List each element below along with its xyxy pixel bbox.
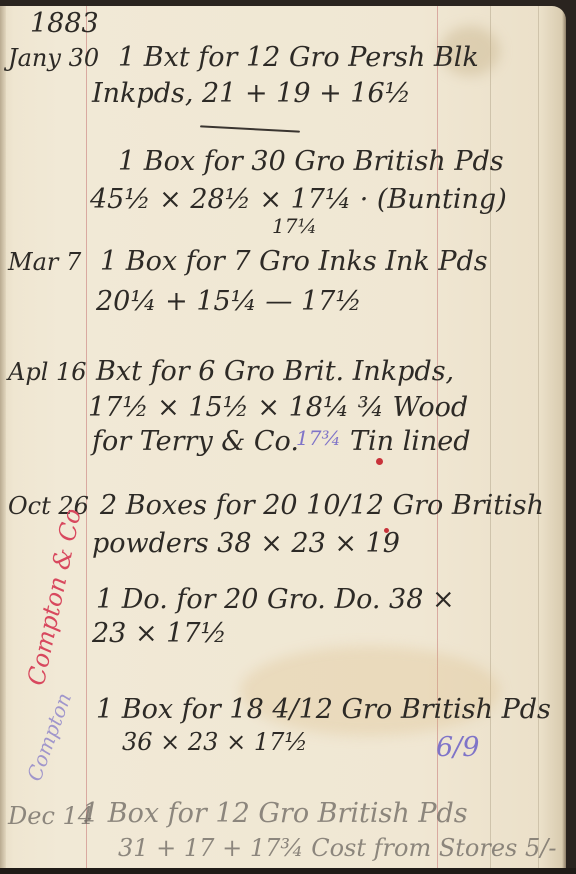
- entry-line: 23 × 17½: [92, 618, 227, 649]
- entry-line: Inkpds, 21 + 19 + 16½: [92, 78, 411, 109]
- column-rule: [538, 6, 539, 868]
- entry-line: 1 Do. for 20 Gro. Do. 38 ×: [96, 584, 455, 615]
- page-binding-edge: [0, 6, 6, 868]
- entry-line: 2 Boxes for 20 10/12 Gro British: [100, 490, 544, 521]
- entry-line: Bxt for 6 Gro Brit. Inkpds,: [96, 356, 454, 387]
- entry-date: Dec 14: [8, 802, 93, 830]
- entry-line: 20¼ + 15¼ — 17½: [96, 286, 362, 317]
- entry-line: 45½ × 28½ × 17¼ · (Bunting): [90, 184, 507, 215]
- entry-date: Jany 30: [8, 44, 99, 72]
- blue-pencil-note: 17¾: [296, 426, 341, 450]
- entry-line: for Terry & Co.: [92, 426, 299, 457]
- entry-line: 1 Box for 12 Gro British Pds: [82, 798, 468, 829]
- entry-date: Mar 7: [8, 248, 81, 276]
- column-rule: [490, 6, 491, 868]
- scan-border: [0, 868, 576, 874]
- entry-date: Apl 16: [8, 358, 87, 386]
- entry-line: 17½ × 15½ × 18¼ ¾ Wood: [88, 392, 468, 423]
- margin-note-red: Compton & Co: [22, 506, 87, 688]
- ledger-page: 1883 Jany 30 1 Bxt for 12 Gro Persh Blk …: [0, 6, 566, 868]
- year-heading: 1883: [30, 8, 99, 39]
- entry-line: Tin lined: [350, 426, 471, 457]
- margin-note-blue: Compton: [22, 689, 76, 784]
- separator-flourish: [200, 125, 300, 132]
- entry-line: 1 Box for 18 4/12 Gro British Pds: [96, 694, 551, 725]
- entry-correction: 17¼: [272, 214, 317, 238]
- red-ink-dot: [376, 458, 383, 465]
- margin-rule: [86, 6, 87, 868]
- ledger-page-scan: 1883 Jany 30 1 Bxt for 12 Gro Persh Blk …: [0, 0, 576, 874]
- entry-line: powders 38 × 23 × 19: [92, 528, 400, 559]
- entry-line: 31 + 17 + 17¾ Cost from Stores 5/-: [118, 834, 556, 862]
- entry-line: 36 × 23 × 17½: [122, 728, 308, 756]
- entry-line: 1 Bxt for 12 Gro Persh Blk: [118, 42, 479, 73]
- entry-line: 1 Box for 7 Gro Inks Ink Pds: [100, 246, 488, 277]
- red-ink-dot: [384, 528, 389, 533]
- entry-line: 1 Box for 30 Gro British Pds: [118, 146, 504, 177]
- blue-pencil-note: 6/9: [436, 732, 479, 763]
